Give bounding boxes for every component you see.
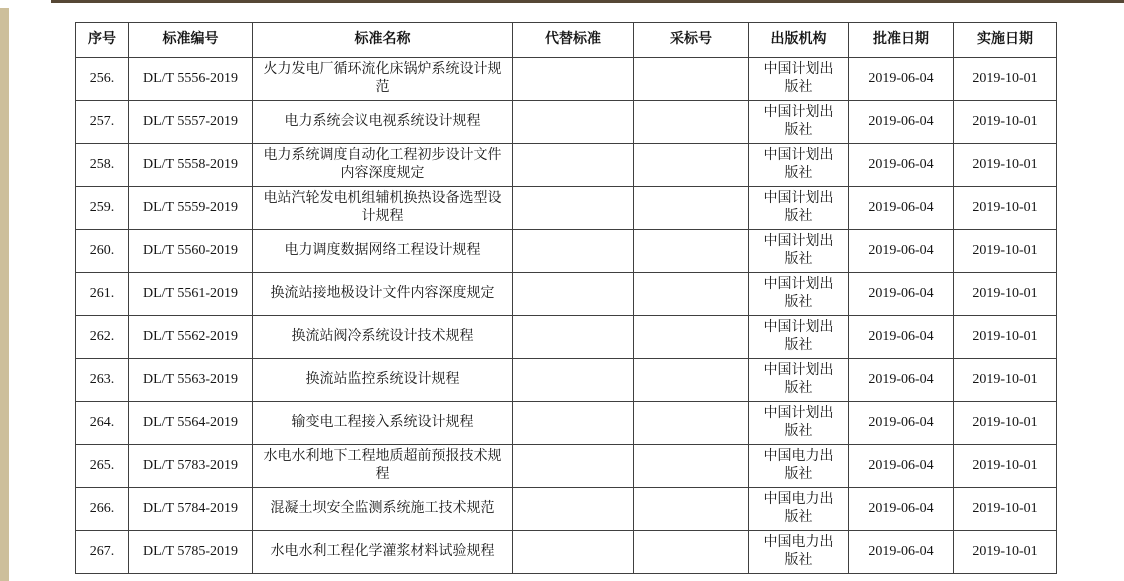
cell-implementation-date: 2019-10-01 xyxy=(954,187,1057,230)
cell-standard-code: DL/T 5559-2019 xyxy=(129,187,253,230)
cell-approval-date: 2019-06-04 xyxy=(849,316,954,359)
column-header-publisher: 出版机构 xyxy=(749,23,849,58)
cell-standard-code: DL/T 5562-2019 xyxy=(129,316,253,359)
cell-standard-name: 换流站阀冷系统设计技术规程 xyxy=(253,316,513,359)
cell-serial: 256. xyxy=(76,58,129,101)
publisher-text: 中国计划出版社 xyxy=(763,233,835,269)
cell-standard-code: DL/T 5784-2019 xyxy=(129,488,253,531)
table-row: 257. DL/T 5557-2019 电力系统会议电视系统设计规程 中国计划出… xyxy=(76,101,1057,144)
cell-standard-name: 电力系统会议电视系统设计规程 xyxy=(253,101,513,144)
cell-implementation-date: 2019-10-01 xyxy=(954,144,1057,187)
standards-table: 序号 标准编号 标准名称 代替标准 采标号 出版机构 批准日期 实施日期 256… xyxy=(75,22,1057,574)
cell-publisher: 中国计划出版社 xyxy=(749,101,849,144)
cell-publisher: 中国计划出版社 xyxy=(749,402,849,445)
cell-serial: 261. xyxy=(76,273,129,316)
column-header-implementation-date: 实施日期 xyxy=(954,23,1057,58)
cell-replaced-standard xyxy=(513,273,634,316)
publisher-text: 中国计划出版社 xyxy=(763,61,835,97)
table-row: 266. DL/T 5784-2019 混凝土坝安全监测系统施工技术规范 中国电… xyxy=(76,488,1057,531)
cell-approval-date: 2019-06-04 xyxy=(849,273,954,316)
cell-serial: 266. xyxy=(76,488,129,531)
cell-adopted-code xyxy=(634,359,749,402)
cell-implementation-date: 2019-10-01 xyxy=(954,488,1057,531)
cell-replaced-standard xyxy=(513,445,634,488)
cell-approval-date: 2019-06-04 xyxy=(849,402,954,445)
cell-adopted-code xyxy=(634,230,749,273)
cell-serial: 257. xyxy=(76,101,129,144)
cell-standard-name: 火力发电厂循环流化床锅炉系统设计规范 xyxy=(253,58,513,101)
cell-replaced-standard xyxy=(513,402,634,445)
table-body: 256. DL/T 5556-2019 火力发电厂循环流化床锅炉系统设计规范 中… xyxy=(76,58,1057,574)
cell-replaced-standard xyxy=(513,316,634,359)
table-row: 260. DL/T 5560-2019 电力调度数据网络工程设计规程 中国计划出… xyxy=(76,230,1057,273)
table-row: 265. DL/T 5783-2019 水电水利地下工程地质超前预报技术规程 中… xyxy=(76,445,1057,488)
table-row: 263. DL/T 5563-2019 换流站监控系统设计规程 中国计划出版社 … xyxy=(76,359,1057,402)
cell-serial: 264. xyxy=(76,402,129,445)
cell-implementation-date: 2019-10-01 xyxy=(954,58,1057,101)
cell-standard-code: DL/T 5563-2019 xyxy=(129,359,253,402)
publisher-text: 中国计划出版社 xyxy=(763,405,835,441)
cell-serial: 267. xyxy=(76,531,129,574)
cell-approval-date: 2019-06-04 xyxy=(849,187,954,230)
cell-implementation-date: 2019-10-01 xyxy=(954,230,1057,273)
table-header-row: 序号 标准编号 标准名称 代替标准 采标号 出版机构 批准日期 实施日期 xyxy=(76,23,1057,58)
cell-serial: 265. xyxy=(76,445,129,488)
cell-standard-name: 水电水利工程化学灌浆材料试验规程 xyxy=(253,531,513,574)
publisher-text: 中国计划出版社 xyxy=(763,319,835,355)
cell-replaced-standard xyxy=(513,488,634,531)
cell-implementation-date: 2019-10-01 xyxy=(954,316,1057,359)
cell-serial: 260. xyxy=(76,230,129,273)
cell-replaced-standard xyxy=(513,101,634,144)
column-header-approval-date: 批准日期 xyxy=(849,23,954,58)
table-row: 256. DL/T 5556-2019 火力发电厂循环流化床锅炉系统设计规范 中… xyxy=(76,58,1057,101)
table-row: 259. DL/T 5559-2019 电站汽轮发电机组辅机换热设备选型设计规程… xyxy=(76,187,1057,230)
cell-publisher: 中国计划出版社 xyxy=(749,230,849,273)
cell-standard-name: 混凝土坝安全监测系统施工技术规范 xyxy=(253,488,513,531)
cell-approval-date: 2019-06-04 xyxy=(849,488,954,531)
publisher-text: 中国电力出版社 xyxy=(763,448,835,484)
publisher-text: 中国计划出版社 xyxy=(763,362,835,398)
cell-serial: 259. xyxy=(76,187,129,230)
publisher-text: 中国计划出版社 xyxy=(763,104,835,140)
cell-publisher: 中国计划出版社 xyxy=(749,187,849,230)
cell-standard-code: DL/T 5556-2019 xyxy=(129,58,253,101)
table-row: 258. DL/T 5558-2019 电力系统调度自动化工程初步设计文件内容深… xyxy=(76,144,1057,187)
publisher-text: 中国电力出版社 xyxy=(763,534,835,570)
cell-serial: 263. xyxy=(76,359,129,402)
column-header-replaced-standard: 代替标准 xyxy=(513,23,634,58)
column-header-adopted-code: 采标号 xyxy=(634,23,749,58)
cell-standard-code: DL/T 5557-2019 xyxy=(129,101,253,144)
cell-replaced-standard xyxy=(513,230,634,273)
standards-table-container: 序号 标准编号 标准名称 代替标准 采标号 出版机构 批准日期 实施日期 256… xyxy=(75,22,1056,574)
cell-approval-date: 2019-06-04 xyxy=(849,58,954,101)
column-header-standard-name: 标准名称 xyxy=(253,23,513,58)
table-row: 262. DL/T 5562-2019 换流站阀冷系统设计技术规程 中国计划出版… xyxy=(76,316,1057,359)
cell-adopted-code xyxy=(634,273,749,316)
cell-serial: 262. xyxy=(76,316,129,359)
cell-publisher: 中国计划出版社 xyxy=(749,144,849,187)
cell-approval-date: 2019-06-04 xyxy=(849,359,954,402)
cell-standard-code: DL/T 5558-2019 xyxy=(129,144,253,187)
cell-publisher: 中国计划出版社 xyxy=(749,58,849,101)
cell-adopted-code xyxy=(634,187,749,230)
table-row: 264. DL/T 5564-2019 输变电工程接入系统设计规程 中国计划出版… xyxy=(76,402,1057,445)
cell-adopted-code xyxy=(634,445,749,488)
cell-standard-code: DL/T 5564-2019 xyxy=(129,402,253,445)
scanned-document-page: 序号 标准编号 标准名称 代替标准 采标号 出版机构 批准日期 实施日期 256… xyxy=(0,0,1124,581)
cell-standard-name: 电站汽轮发电机组辅机换热设备选型设计规程 xyxy=(253,187,513,230)
cell-adopted-code xyxy=(634,101,749,144)
cell-approval-date: 2019-06-04 xyxy=(849,101,954,144)
cell-standard-code: DL/T 5561-2019 xyxy=(129,273,253,316)
cell-approval-date: 2019-06-04 xyxy=(849,445,954,488)
cell-standard-code: DL/T 5783-2019 xyxy=(129,445,253,488)
cell-serial: 258. xyxy=(76,144,129,187)
cell-standard-name: 水电水利地下工程地质超前预报技术规程 xyxy=(253,445,513,488)
cell-standard-name: 换流站监控系统设计规程 xyxy=(253,359,513,402)
cell-replaced-standard xyxy=(513,144,634,187)
cell-adopted-code xyxy=(634,58,749,101)
table-row: 267. DL/T 5785-2019 水电水利工程化学灌浆材料试验规程 中国电… xyxy=(76,531,1057,574)
cell-implementation-date: 2019-10-01 xyxy=(954,273,1057,316)
cell-replaced-standard xyxy=(513,58,634,101)
cell-implementation-date: 2019-10-01 xyxy=(954,445,1057,488)
cell-adopted-code xyxy=(634,402,749,445)
cell-standard-name: 输变电工程接入系统设计规程 xyxy=(253,402,513,445)
cell-adopted-code xyxy=(634,531,749,574)
cell-publisher: 中国电力出版社 xyxy=(749,488,849,531)
table-row: 261. DL/T 5561-2019 换流站接地极设计文件内容深度规定 中国计… xyxy=(76,273,1057,316)
cell-publisher: 中国计划出版社 xyxy=(749,359,849,402)
page-edge-strip xyxy=(0,8,9,581)
cell-approval-date: 2019-06-04 xyxy=(849,230,954,273)
publisher-text: 中国电力出版社 xyxy=(763,491,835,527)
cell-standard-name: 换流站接地极设计文件内容深度规定 xyxy=(253,273,513,316)
cell-implementation-date: 2019-10-01 xyxy=(954,101,1057,144)
cell-standard-name: 电力调度数据网络工程设计规程 xyxy=(253,230,513,273)
cell-adopted-code xyxy=(634,488,749,531)
cell-approval-date: 2019-06-04 xyxy=(849,531,954,574)
publisher-text: 中国计划出版社 xyxy=(763,276,835,312)
page-top-rule xyxy=(51,0,1124,3)
cell-publisher: 中国电力出版社 xyxy=(749,531,849,574)
cell-publisher: 中国电力出版社 xyxy=(749,445,849,488)
cell-adopted-code xyxy=(634,316,749,359)
cell-standard-code: DL/T 5785-2019 xyxy=(129,531,253,574)
cell-adopted-code xyxy=(634,144,749,187)
cell-publisher: 中国计划出版社 xyxy=(749,273,849,316)
cell-standard-code: DL/T 5560-2019 xyxy=(129,230,253,273)
cell-replaced-standard xyxy=(513,531,634,574)
cell-replaced-standard xyxy=(513,187,634,230)
cell-implementation-date: 2019-10-01 xyxy=(954,531,1057,574)
cell-replaced-standard xyxy=(513,359,634,402)
cell-standard-name: 电力系统调度自动化工程初步设计文件内容深度规定 xyxy=(253,144,513,187)
cell-implementation-date: 2019-10-01 xyxy=(954,359,1057,402)
publisher-text: 中国计划出版社 xyxy=(763,190,835,226)
cell-approval-date: 2019-06-04 xyxy=(849,144,954,187)
column-header-standard-code: 标准编号 xyxy=(129,23,253,58)
publisher-text: 中国计划出版社 xyxy=(763,147,835,183)
cell-publisher: 中国计划出版社 xyxy=(749,316,849,359)
cell-implementation-date: 2019-10-01 xyxy=(954,402,1057,445)
column-header-serial: 序号 xyxy=(76,23,129,58)
